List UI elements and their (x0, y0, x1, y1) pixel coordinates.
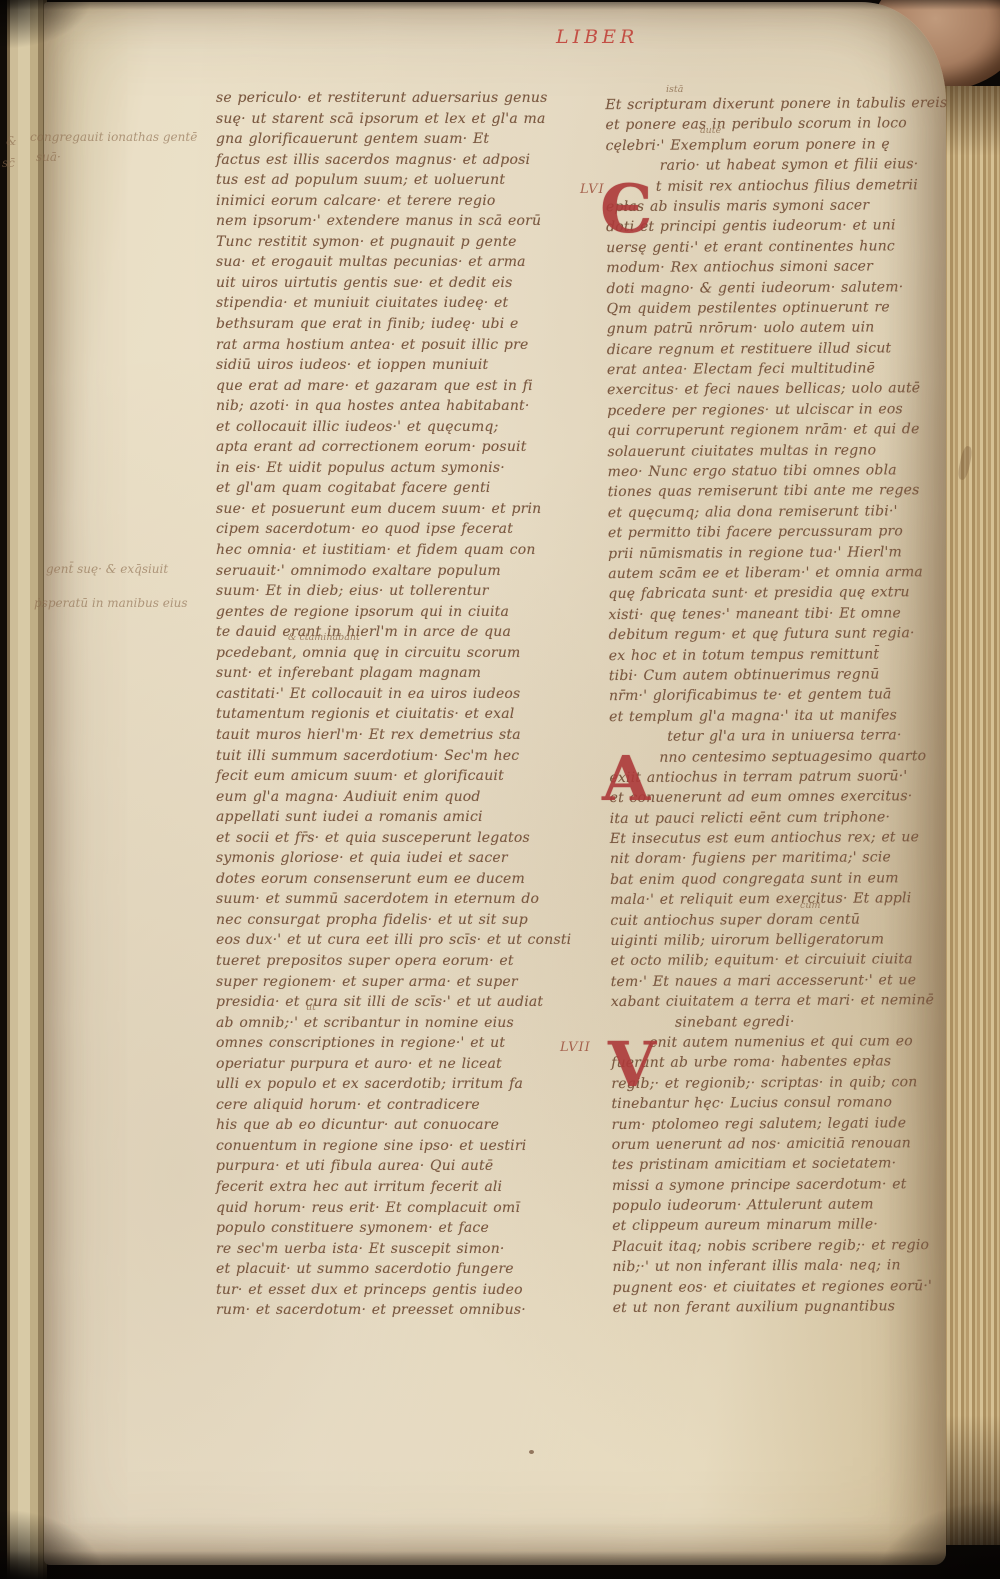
text-line: mala·' et reliquit eum exercitus· Et app… (610, 888, 958, 911)
text-line: xisti· quę tenes·' maneant tibi· Et omne (608, 603, 956, 626)
text-line: tus est ad populum suum; et uoluerunt (216, 170, 564, 191)
text-line: rario· ut habeat symon et filii eius· (606, 154, 954, 177)
text-line: missi a symone principe sacerdotum· et (612, 1174, 960, 1197)
text-line: tes pristinam amicitiam et societatem· (612, 1153, 960, 1176)
text-line: rum· ptolomeo regi salutem; legati iude (611, 1112, 959, 1135)
text-line: exercitus· et feci naues bellicas; uolo … (607, 378, 955, 401)
text-line: tutamentum regionis et ciuitatis· et exa… (216, 704, 564, 725)
text-line: et clippeum aureum minarum mille· (612, 1214, 960, 1237)
text-line: xabant ciuitatem a terra et mari· et nem… (611, 990, 959, 1013)
text-line: dotes eorum consenserunt eum ee ducem (216, 869, 564, 890)
text-line: tiones quas remiserunt tibi ante me rege… (608, 480, 956, 503)
text-line: erat antea· Electam feci multitudinē (607, 358, 955, 381)
gutter-binding-pages (0, 0, 47, 1579)
text-line: sinebant egredi· (611, 1011, 959, 1034)
text-line: operiatur purpura et auro· et ne liceat (216, 1054, 564, 1075)
text-line: factus est illis sacerdos magnus· et adp… (216, 150, 564, 171)
text-line: cęlebri·' Exemplum eorum ponere in ę (606, 134, 954, 157)
text-line: bat enim quod congregata sunt in eum (610, 868, 958, 891)
text-line: nem ipsorum·' extendere manus in scā eor… (216, 211, 564, 232)
text-line: se periculo· et restiterunt aduersarius … (216, 88, 564, 109)
text-line: tur· et esset dux et princeps gentis iud… (216, 1280, 564, 1301)
text-line: re sec'm uerba ista· Et suscepit simon· (216, 1239, 564, 1260)
text-line: orum uenerunt ad nos· amicitiā renouan (612, 1133, 960, 1156)
text-line: ab omnib;·' et scribantur in nomine eius (216, 1013, 564, 1034)
text-line: cipem sacerdotum· eo quod ipse fecerat (216, 519, 564, 540)
text-line: epłas ab insulis maris symoni sacer (606, 195, 954, 218)
text-line: gnum patrū nrōrum· uolo autem uin (607, 317, 955, 340)
text-line: Qm quidem pestilentes optinuerunt re (607, 297, 955, 320)
text-line: sua· et erogauit multas pecunias· et arm… (216, 252, 564, 273)
text-line: prii nūmismatis in regione tua·' Hierl'm (608, 542, 956, 565)
text-line: nr̄m·' glorificabimus te· et gentem tuā (609, 684, 957, 707)
text-line: regib;· et regionib;· scriptas· in quib;… (611, 1072, 959, 1095)
text-line: nec consurgat propha fidelis· et ut sit … (216, 910, 564, 931)
text-line: eos dux·' et ut cura eet illi pro scīs· … (216, 930, 564, 951)
text-line: populo constituere symonem· et face (216, 1218, 564, 1239)
text-line: dicare regnum et restituere illud sicut (607, 338, 955, 361)
text-line: uersę genti·' et erant continentes hunc (606, 236, 954, 259)
text-line: seruauit·' omnimodo exaltare populum (216, 561, 564, 582)
text-line: cere aliquid horum· et contradicere (216, 1095, 564, 1116)
text-line: rat arma hostium antea· et posuit illic … (216, 335, 564, 356)
text-line: nno centesimo septuagesimo quarto (609, 745, 957, 768)
text-line: presidia· et cura sit illi de scīs·' et … (216, 992, 564, 1013)
text-line: et gl'am quam cogitabat facere genti (216, 478, 564, 499)
text-line: fecerit extra hec aut irritum fecerit al… (216, 1177, 564, 1198)
text-line: qui corruperunt regionem nrām· et qui de (607, 419, 955, 442)
text-line: et ponere eas in peribulo scorum in loco (605, 113, 953, 136)
text-line: enit autem numenius et qui cum eo (611, 1031, 959, 1054)
text-line: et placuit· ut summo sacerdotio fungere (216, 1259, 564, 1280)
text-line: suę· ut starent scā ipsorum et lex et gl… (216, 109, 564, 130)
text-line: pugnent eos· et ciuitates et regiones eo… (612, 1276, 960, 1299)
text-line: eum gl'a magna· Audiuit enim quod (216, 787, 564, 808)
text-line: tem·' Et naues a mari accesserunt·' et u… (611, 970, 959, 993)
text-line: et octo milib; equitum· et circuiuit ciu… (610, 949, 958, 972)
text-line: solauerunt ciuitates multas in regno (607, 440, 955, 463)
text-line: sidiū uiros iudeos· et ioppen muniuit (216, 355, 564, 376)
manuscript-photo: LIBER se periculo· et restiterunt aduers… (0, 0, 1000, 1579)
text-line: symonis gloriose· et quia iudei et sacer (216, 848, 564, 869)
text-line: debitum regum· et quę futura sunt regia· (609, 623, 957, 646)
text-line: uit uiros uirtutis gentis sue· et dedit … (216, 273, 564, 294)
ink-stain (529, 1450, 534, 1454)
text-line: appellati sunt iudei a romanis amici (216, 807, 564, 828)
text-line: et permitto tibi facere percussuram pro (608, 521, 956, 544)
text-line: et ut non ferant auxilium pugnantibus (613, 1296, 961, 1319)
text-line: uiginti milib; uirorum belligeratorum (610, 929, 958, 952)
text-line: omnes conscriptiones in regione·' et ut (216, 1033, 564, 1054)
text-line: fuerant ab urbe roma· habentes epłas (611, 1051, 959, 1074)
text-line: meo· Nunc ergo statuo tibi omnes obla (608, 460, 956, 483)
text-line: t misit rex antiochus filius demetrii (606, 175, 954, 198)
text-line: nit doram· fugiens per maritima;' scie (610, 847, 958, 870)
text-line: et collocauit illic iudeos·' et quęcumq; (216, 417, 564, 438)
text-line: nib;·' ut non inferant illis mala· neq; … (612, 1255, 960, 1278)
text-line: populo iudeorum· Attulerunt autem (612, 1194, 960, 1217)
text-line: ita ut pauci relicti eēnt cum triphone· (610, 807, 958, 830)
text-line: stipendia· et muniuit ciuitates iudeę· e… (216, 293, 564, 314)
text-line: tuit illi summum sacerdotium· Sec'm hec (216, 746, 564, 767)
right-text-column: Et scripturam dixerunt ponere in tabulis… (605, 93, 960, 1319)
text-line: suum· et summū sacerdotem in eternum do (216, 889, 564, 910)
left-text-column: se periculo· et restiterunt aduersarius … (216, 88, 564, 1321)
text-line: modum· Rex antiochus simoni sacer (606, 256, 954, 279)
text-line: sue· et posuerunt eum ducem suum· et pri… (216, 499, 564, 520)
text-line: quę fabricata sunt· et presidia quę extr… (608, 582, 956, 605)
text-line: hec omnia· et iustitiam· et fidem quam c… (216, 540, 564, 561)
text-line: et templum gl'a magna·' ita ut manifes (609, 705, 957, 728)
text-line: et conuenerunt ad eum omnes exercitus· (610, 786, 958, 809)
text-line: cuit antiochus super doram centū (610, 909, 958, 932)
text-line: ex hoc et in totum tempus remittunt̄ (609, 643, 957, 666)
text-line: doti et principi gentis iudeorum· et uni (606, 215, 954, 238)
text-line: sunt· et inferebant plagam magnam (216, 663, 564, 684)
text-line: tetur gl'a ura in uniuersa terra· (609, 725, 957, 748)
text-line: exiit antiochus in terram patrum suorū·' (609, 766, 957, 789)
text-line: purpura· et uti fibula aurea· Qui autē (216, 1156, 564, 1177)
text-line: nib; azoti· in qua hostes antea habitaba… (216, 396, 564, 417)
text-line: tauit muros hierl'm· Et rex demetrius st… (216, 725, 564, 746)
text-line: apta erant ad correctionem eorum· posuit (216, 437, 564, 458)
text-line: suum· Et in dieb; eius· ut tollerentur (216, 581, 564, 602)
text-line: et quęcumq; alia dona remiserunt tibi·' (608, 501, 956, 524)
text-line: pcedebant, omnia quę in circuitu scorum (216, 643, 564, 664)
text-line: fecit eum amicum suum· et glorificauit (216, 766, 564, 787)
text-line: super regionem· et super arma· et super (216, 972, 564, 993)
text-line: Placuit itaq; nobis scribere regib;· et … (612, 1235, 960, 1258)
text-line: Tunc restitit symon· et pugnauit p gente (216, 232, 564, 253)
text-line: Et scripturam dixerunt ponere in tabulis… (605, 93, 953, 116)
text-line: ulli ex populo et ex sacerdotib; irritum… (216, 1074, 564, 1095)
text-line: te dauid erant in hierl'm in arce de qua (216, 622, 564, 643)
text-line: his que ab eo dicuntur· aut conuocare (216, 1115, 564, 1136)
text-line: gna glorificauerunt gentem suam· Et (216, 129, 564, 150)
text-line: tibi· Cum autem obtinuerimus regnū (609, 664, 957, 687)
text-line: pcedere per regiones· ut ulciscar in eos (607, 399, 955, 422)
text-line: inimici eorum calcare· et terere regio (216, 191, 564, 212)
text-line: conuentum in regione sine ipso· et uesti… (216, 1136, 564, 1157)
text-line: Et insecutus est eum antiochus rex; et u… (610, 827, 958, 850)
text-line: et socii et fr̄s· et quia susceperunt le… (216, 828, 564, 849)
text-line: quid horum· reus erit· Et complacuit omī (216, 1198, 564, 1219)
running-title: LIBER (556, 26, 638, 48)
text-line: doti magno· & genti iudeorum· salutem· (606, 276, 954, 299)
text-line: que erat ad mare· et gazaram que est in … (216, 376, 564, 397)
text-line: autem scām ee et liberam·' et omnia arma (608, 562, 956, 585)
text-line: gentes de regione ipsorum qui in ciuita (216, 602, 564, 623)
text-line: in eis· Et uidit populus actum symonis· (216, 458, 564, 479)
text-line: bethsuram que erat in finib; iudeę· ubi … (216, 314, 564, 335)
text-line: rum· et sacerdotum· et preesset omnibus· (216, 1300, 564, 1321)
text-line: tinebantur hęc· Lucius consul romano (611, 1092, 959, 1115)
text-line: tueret prepositos super opera eorum· et (216, 951, 564, 972)
text-line: castitati·' Et collocauit in ea uiros iu… (216, 684, 564, 705)
